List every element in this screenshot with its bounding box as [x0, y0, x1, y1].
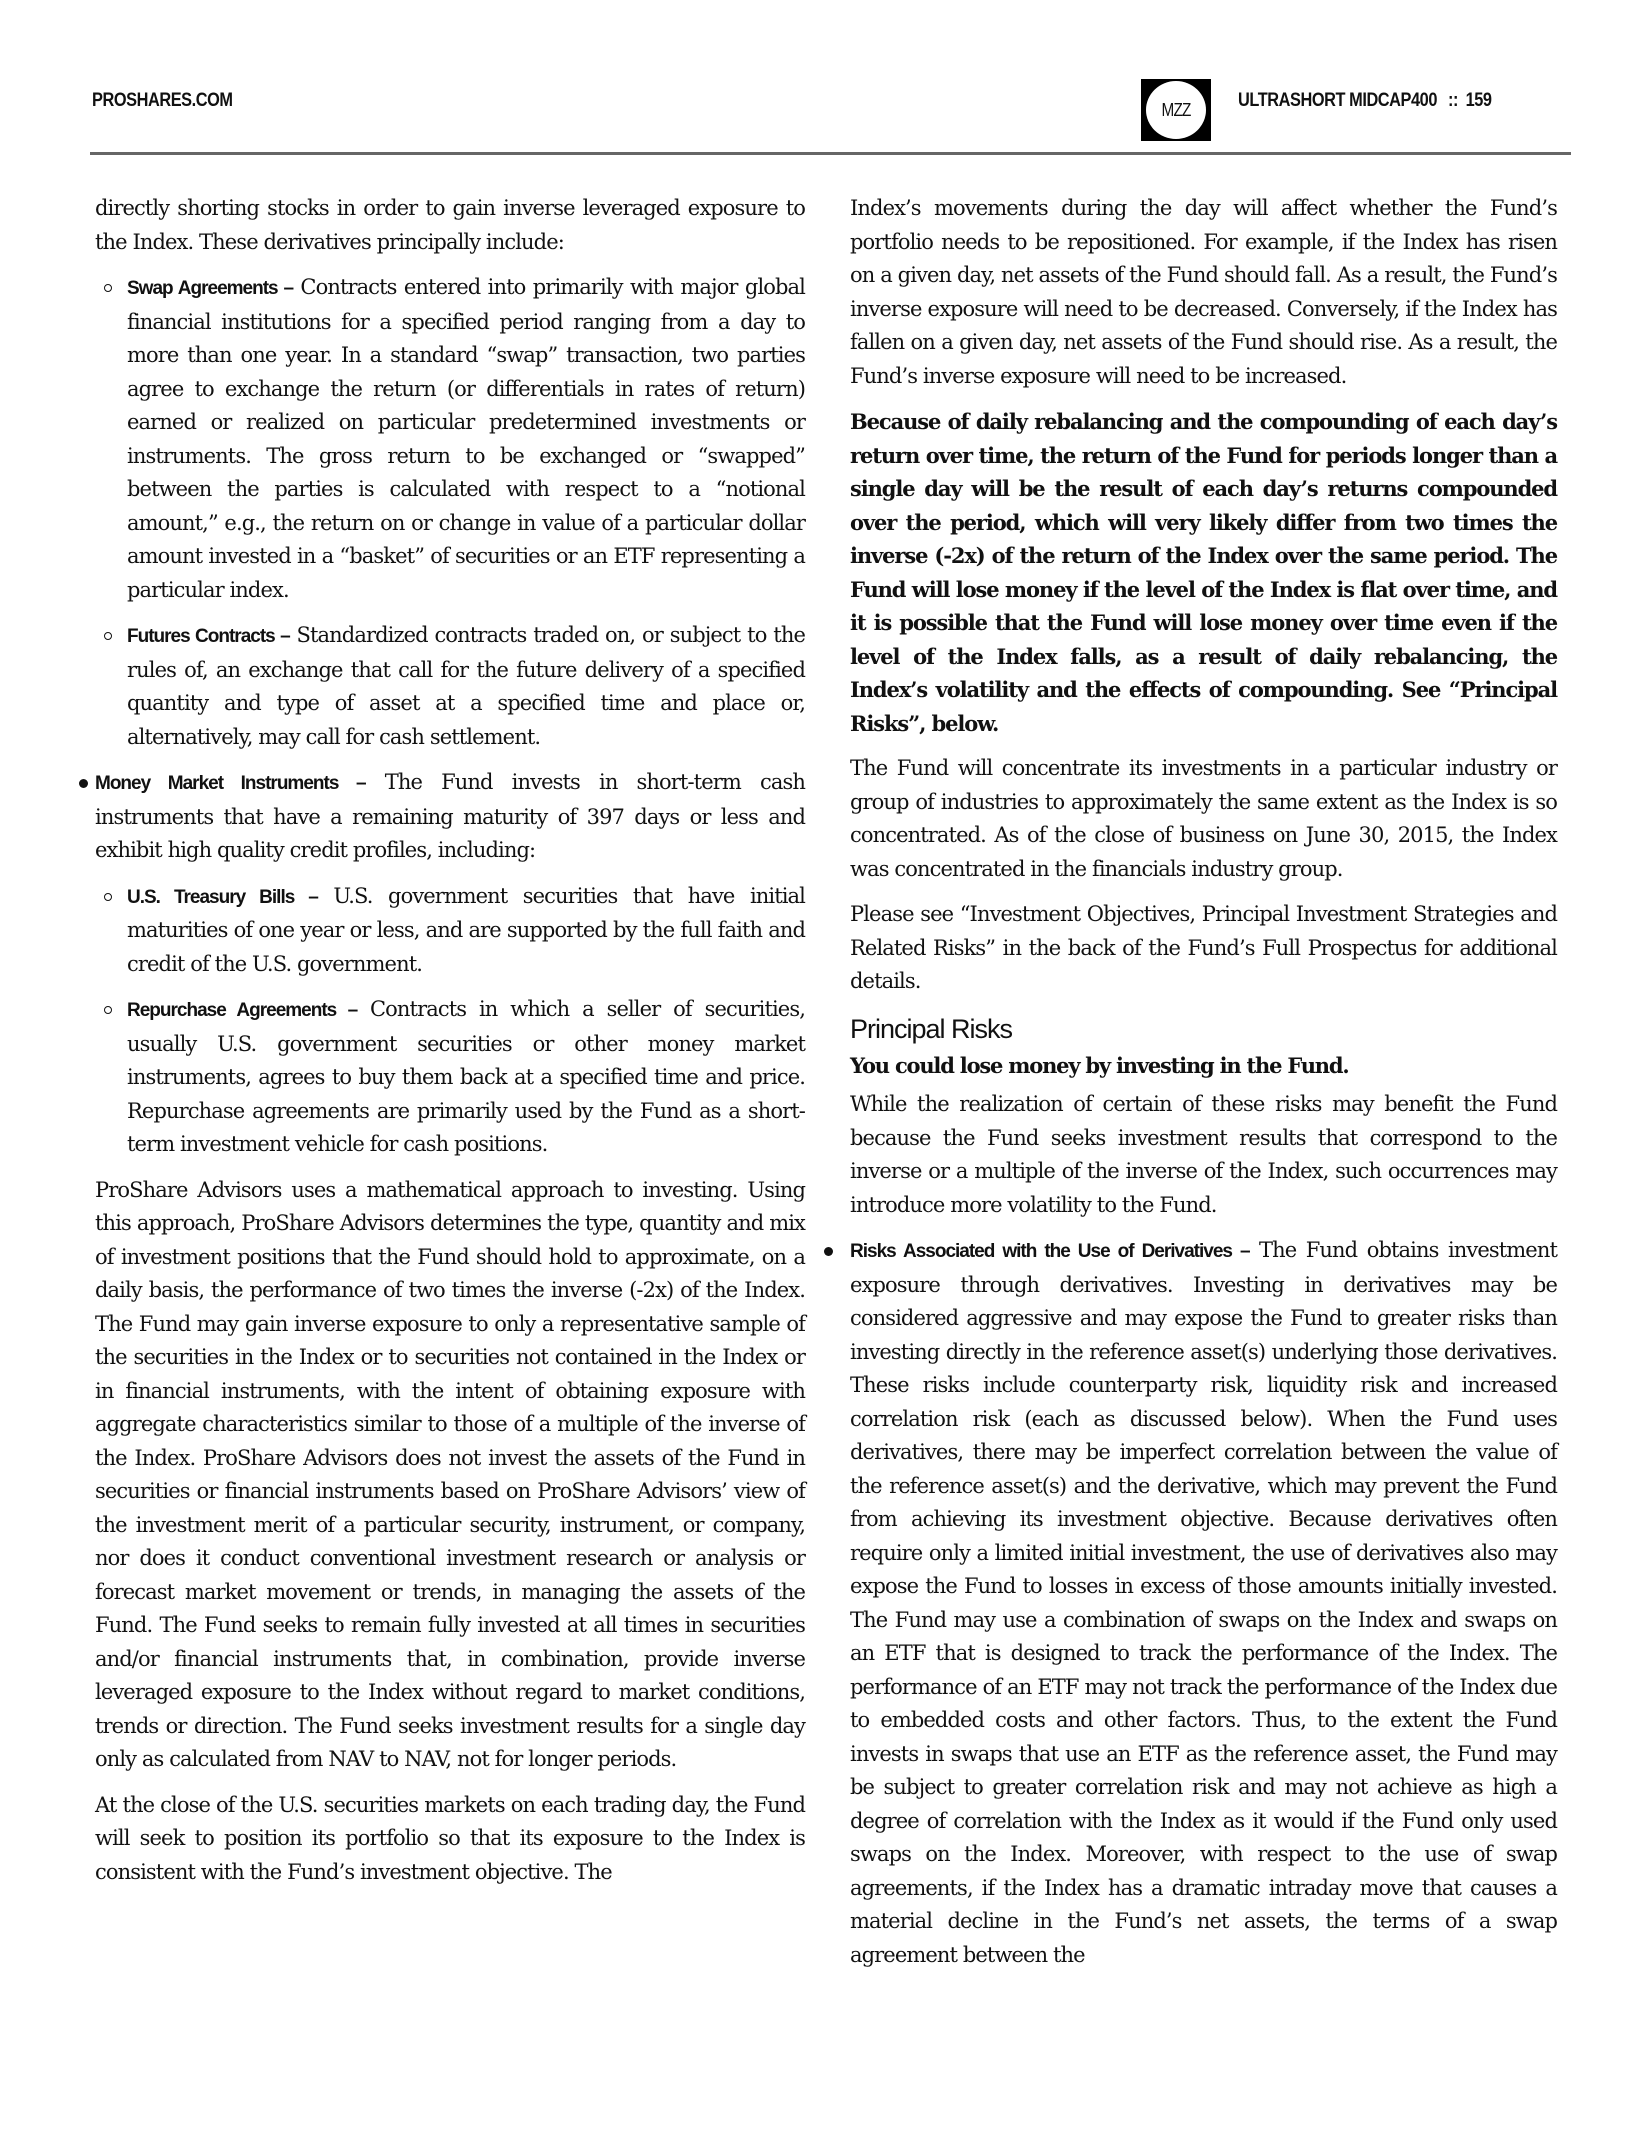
- term-label: Money Market Instruments –: [95, 773, 366, 794]
- money-market-list: Money Market Instruments – The Fund inve…: [95, 766, 805, 868]
- term-definition: Contracts entered into primarily with ma…: [127, 275, 805, 602]
- continued-paragraph: Index’s movements during the day will af…: [850, 192, 1557, 393]
- risks-intro-paragraph: While the realization of certain of thes…: [850, 1088, 1557, 1222]
- risks-list: Risks Associated with the Use of Derivat…: [850, 1234, 1557, 1972]
- fund-name: ULTRASHORT MIDCAP400: [1238, 90, 1437, 111]
- ticker-label: MZZ: [1162, 100, 1191, 121]
- header-separator: ::: [1448, 90, 1458, 111]
- derivatives-list: Swap Agreements – Contracts entered into…: [95, 271, 805, 754]
- header-divider: [90, 152, 1571, 155]
- term-label: Repurchase Agreements –: [127, 1000, 357, 1021]
- term-label: Swap Agreements –: [127, 278, 293, 299]
- hollow-bullet-icon: [104, 1006, 112, 1014]
- list-item-treasury-bills: U.S. Treasury Bills – U.S. government se…: [95, 880, 805, 982]
- ticker-badge-circle: MZZ: [1146, 81, 1206, 139]
- ticker-badge: MZZ: [1141, 79, 1211, 141]
- hollow-bullet-icon: [104, 284, 112, 292]
- hollow-bullet-icon: [104, 893, 112, 901]
- term-definition: The Fund obtains investment exposure thr…: [850, 1238, 1557, 1967]
- filled-bullet-icon: [79, 779, 88, 788]
- compounding-warning: Because of daily rebalancing and the com…: [850, 405, 1557, 740]
- running-header: ULTRASHORT MIDCAP400 :: 159: [1238, 90, 1492, 112]
- section-heading-principal-risks: Principal Risks: [850, 1011, 1557, 1047]
- list-item-repurchase-agreements: Repurchase Agreements – Contracts in whi…: [95, 993, 805, 1162]
- see-prospectus-paragraph: Please see “Investment Objectives, Princ…: [850, 898, 1557, 999]
- money-market-sublist: U.S. Treasury Bills – U.S. government se…: [95, 880, 805, 1162]
- list-item-swap-agreements: Swap Agreements – Contracts entered into…: [95, 271, 805, 607]
- approach-paragraph: ProShare Advisors uses a mathematical ap…: [95, 1174, 805, 1777]
- term-label: Futures Contracts –: [127, 626, 290, 647]
- left-column: directly shorting stocks in order to gai…: [95, 192, 805, 1901]
- term-label: U.S. Treasury Bills –: [127, 887, 318, 908]
- filled-bullet-icon: [824, 1247, 833, 1256]
- list-item-futures-contracts: Futures Contracts – Standardized contrac…: [95, 619, 805, 754]
- right-column: Index’s movements during the day will af…: [850, 192, 1557, 1984]
- concentration-paragraph: The Fund will concentrate its investment…: [850, 752, 1557, 886]
- section-subheading: You could lose money by investing in the…: [850, 1049, 1557, 1083]
- close-paragraph: At the close of the U.S. securities mark…: [95, 1789, 805, 1890]
- list-item-derivatives-risk: Risks Associated with the Use of Derivat…: [850, 1234, 1557, 1972]
- hollow-bullet-icon: [104, 632, 112, 640]
- intro-paragraph: directly shorting stocks in order to gai…: [95, 192, 805, 259]
- page-number: 159: [1466, 90, 1492, 111]
- site-name: PROSHARES.COM: [92, 90, 233, 112]
- list-item-money-market: Money Market Instruments – The Fund inve…: [95, 766, 805, 868]
- term-label: Risks Associated with the Use of Derivat…: [850, 1241, 1250, 1262]
